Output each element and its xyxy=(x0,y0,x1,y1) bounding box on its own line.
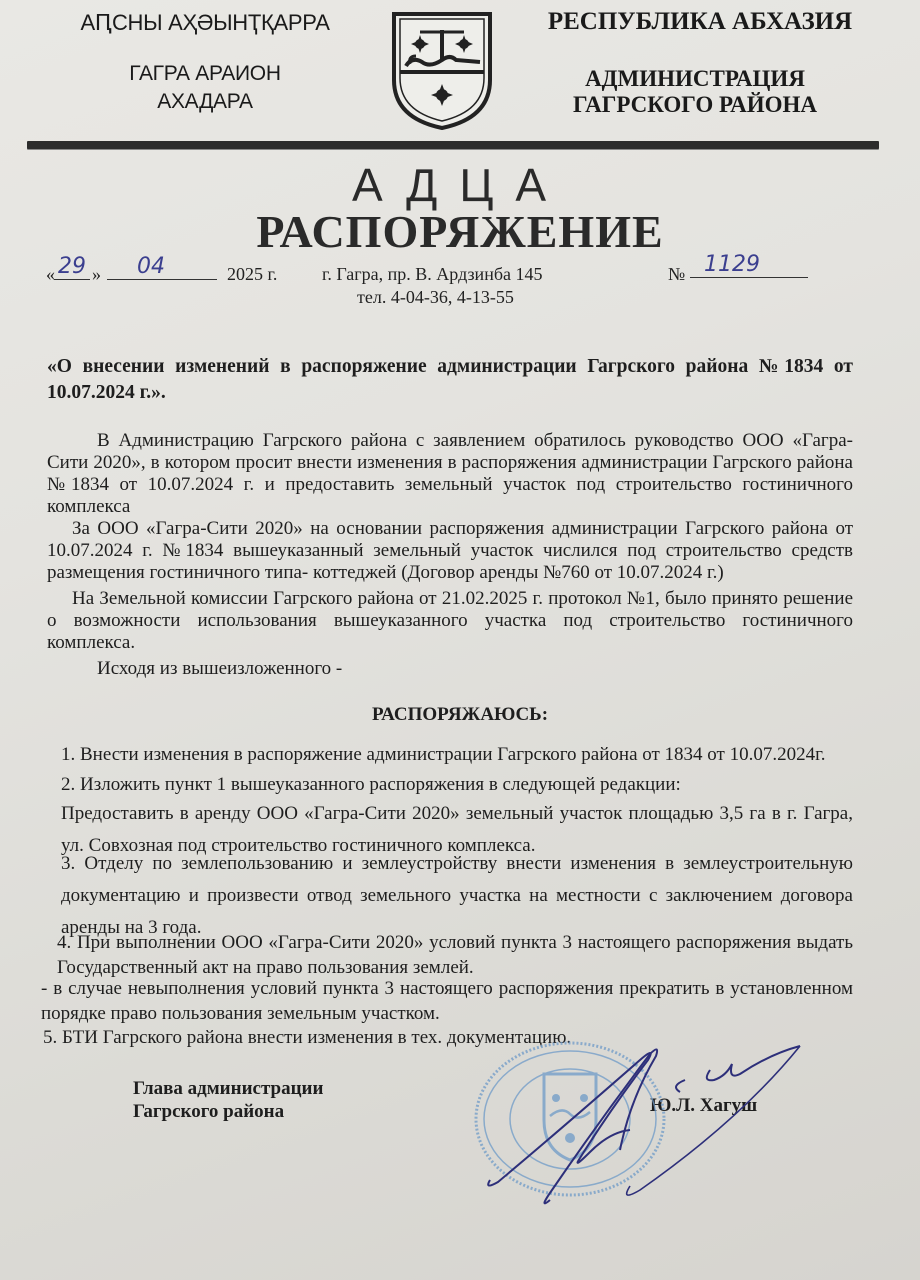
preamble-paragraph-1: В Администрацию Гагрского района с заявл… xyxy=(47,430,853,518)
header-abkhaz-republic: АԤСНЫ АҲӘЫНҬҚАРРА xyxy=(40,10,370,36)
order-item-2: 2. Изложить пункт 1 вышеуказанного распо… xyxy=(61,768,867,801)
signatory-position-line1: Глава администрации xyxy=(133,1077,323,1100)
order-heading: РАСПОРЯЖАЮСЬ: xyxy=(0,704,920,726)
preamble-paragraph-2: За ООО «Гагра-Сити 2020» на основании ра… xyxy=(47,518,853,584)
order-item-1: 1. Внести изменения в распоряжение админ… xyxy=(61,738,867,771)
header-administration: АДМИНИСТРАЦИЯ xyxy=(510,66,880,92)
number-label: № xyxy=(668,264,685,285)
date-close-quote: » xyxy=(92,264,101,285)
phone: тел. 4-04-36, 4-13-55 xyxy=(357,287,514,308)
date-day: 29 xyxy=(54,254,90,280)
header-district: ГАГРСКОГО РАЙОНА xyxy=(510,92,880,118)
header-republic: РЕСПУБЛИКА АБХАЗИЯ xyxy=(510,8,890,36)
signatory-position-line2: Гагрского района xyxy=(133,1100,284,1123)
order-item-4: 4. При выполнении ООО «Гагра-Сити 2020» … xyxy=(57,930,853,980)
coat-of-arms-icon xyxy=(390,10,494,130)
doc-type-abkhaz: АДЦА xyxy=(0,158,920,212)
doc-type-russian: РАСПОРЯЖЕНИЕ xyxy=(0,205,920,258)
handwritten-signature-icon xyxy=(480,1040,810,1210)
number-value: 1129 xyxy=(690,252,808,278)
date-month: 04 xyxy=(107,254,217,280)
date-year: 2025 г. xyxy=(227,264,277,285)
header-divider xyxy=(27,141,879,149)
address: г. Гагра, пр. В. Ардзинба 145 xyxy=(322,264,542,285)
order-item-4-sub: - в случае невыполнения условий пункта 3… xyxy=(41,976,853,1026)
document-title: «О внесении изменений в распоряжение адм… xyxy=(47,354,853,406)
preamble-paragraph-4: Исходя из вышеизложенного - xyxy=(47,658,853,680)
preamble-paragraph-3: На Земельной комиссии Гагрского района о… xyxy=(47,588,853,654)
header-abkhaz-admin: АХАДАРА xyxy=(40,90,370,114)
header-abkhaz-district: ГАГРА АРАИОН xyxy=(40,62,370,86)
